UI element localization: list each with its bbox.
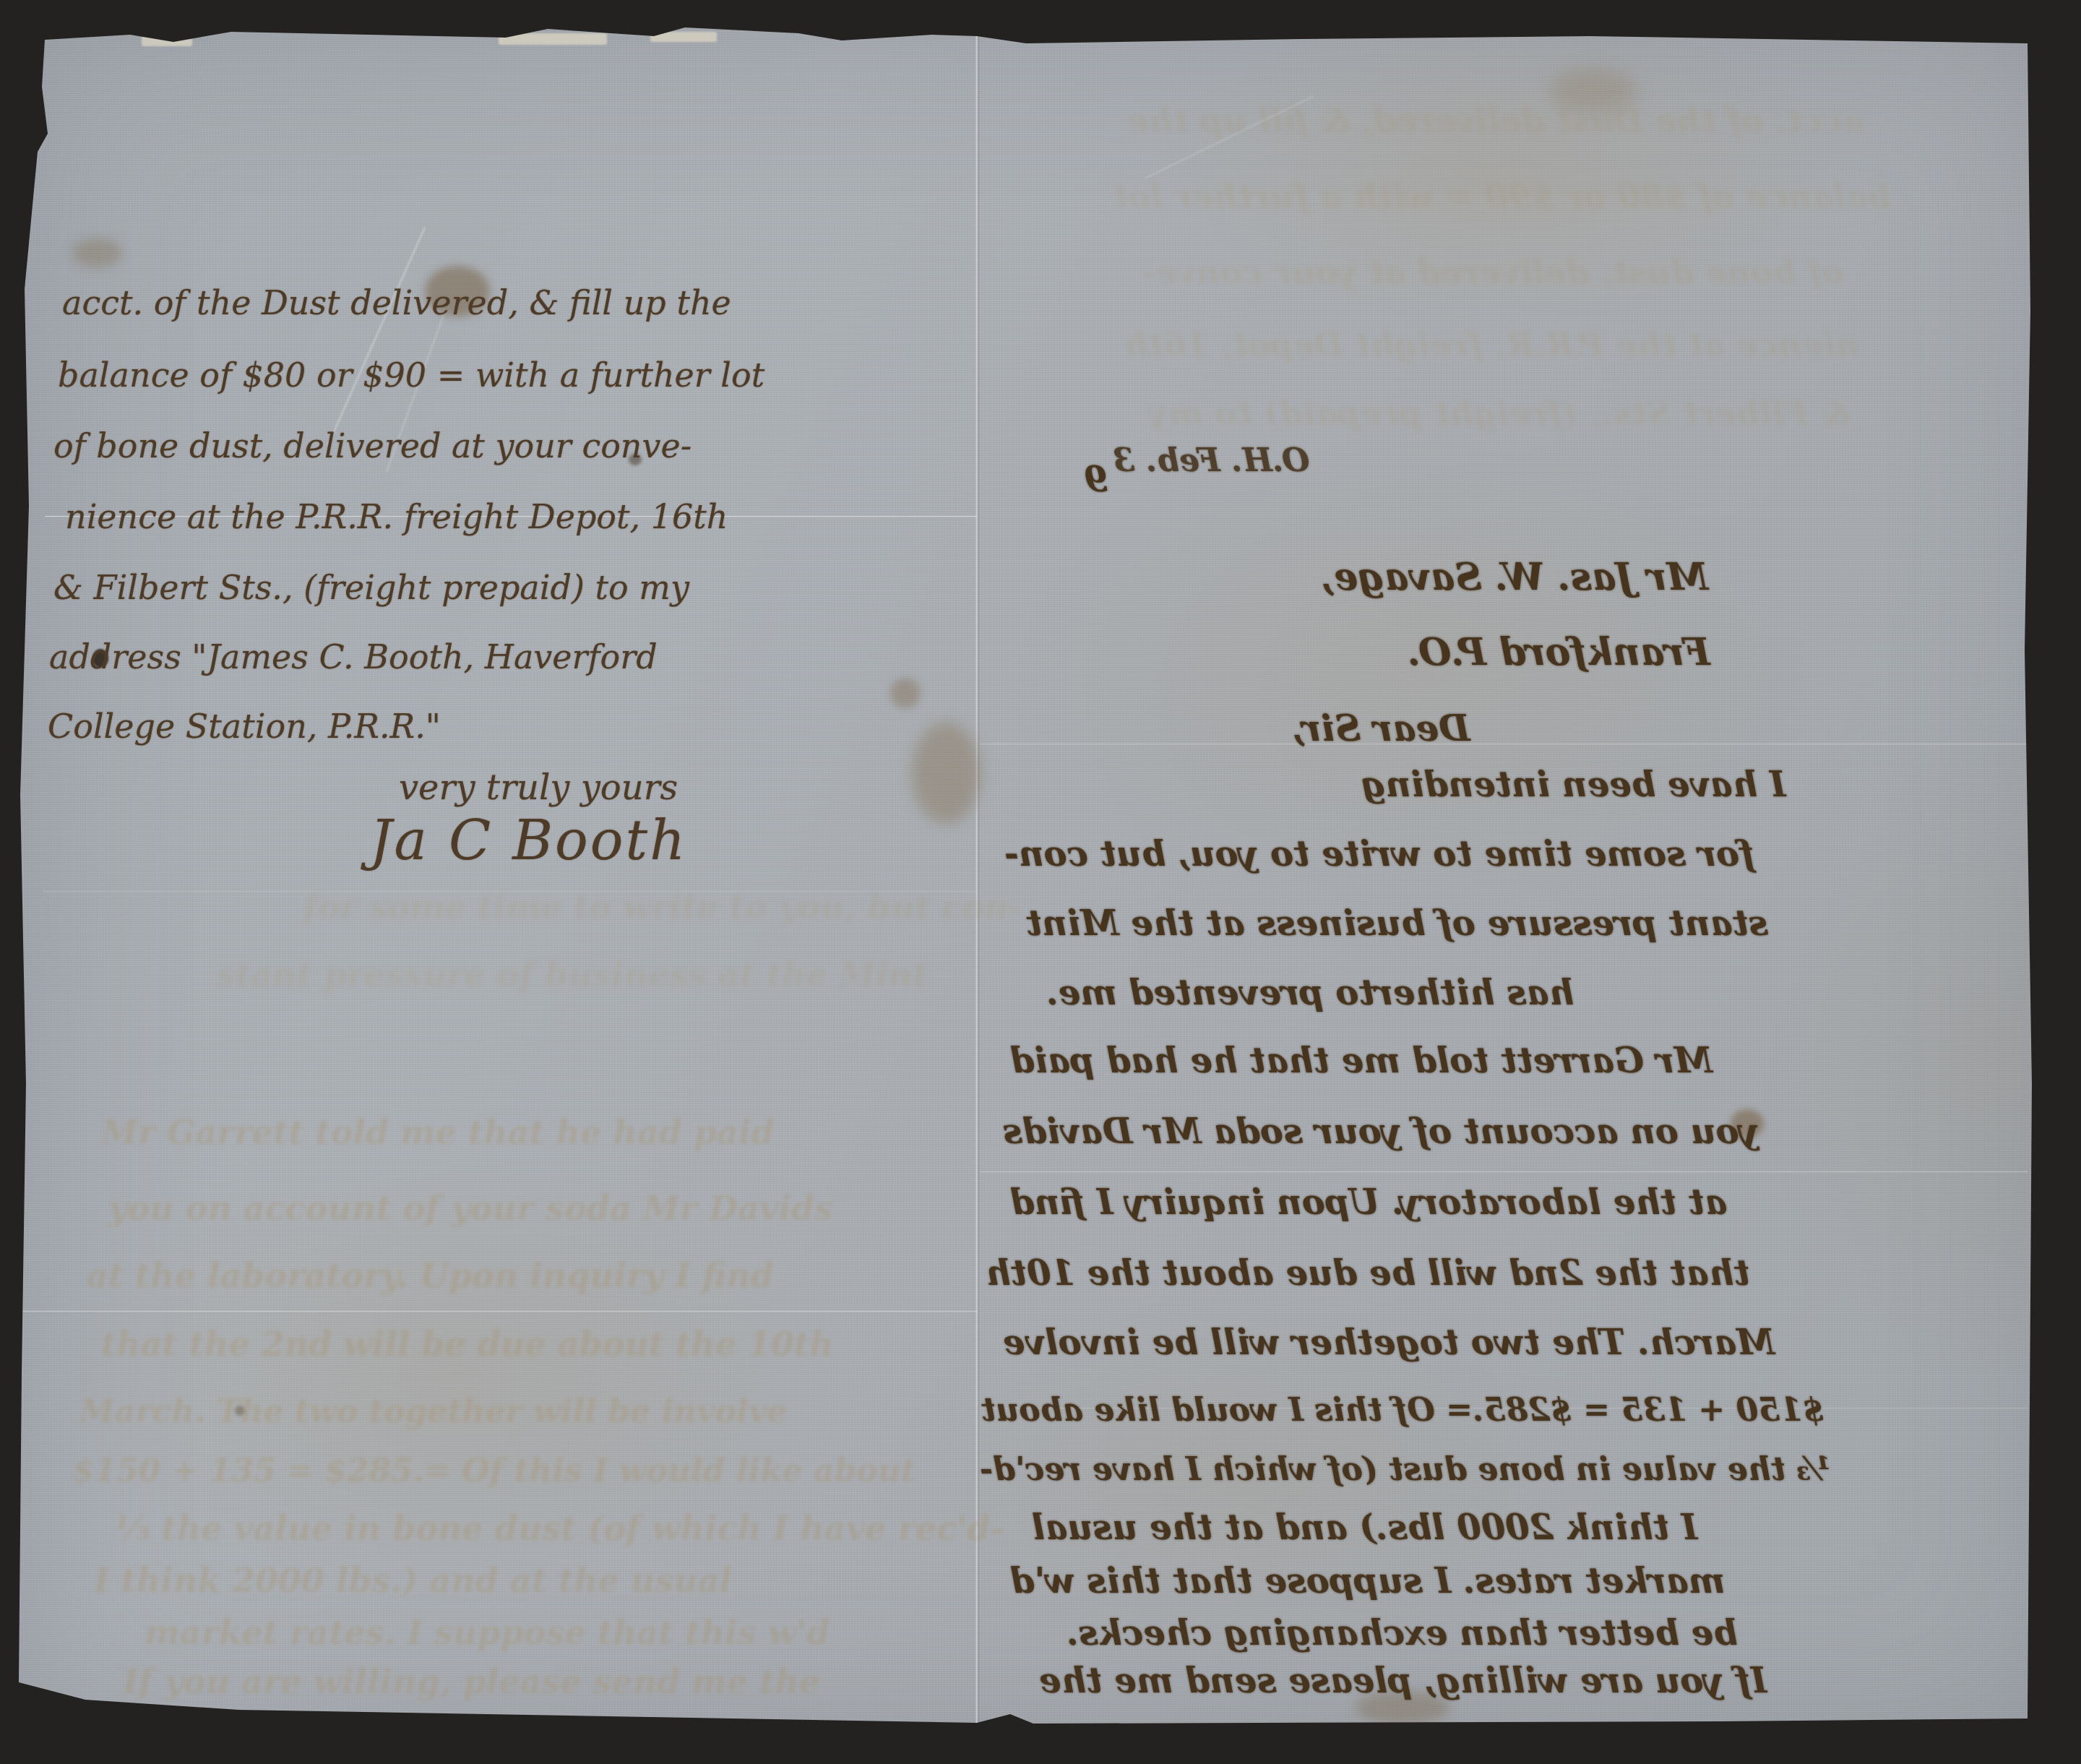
- ghost-line: that the 2nd will be due about the 10th: [101, 1325, 834, 1364]
- manuscript-line: of bone dust, delivered at your conve-: [53, 426, 691, 465]
- ghost-line: market rates. I suppose that this w'd: [145, 1613, 830, 1652]
- mirrored-body-line: $150 + 135 = $285.= Of this I would like…: [981, 1392, 1824, 1429]
- letter-scan: acct. of the Dust delivered, & fill up t…: [0, 0, 2081, 1764]
- ghost-line: $150 + 135 = $285.= Of this I would like…: [72, 1453, 915, 1489]
- mirrored-body-line: that the 2nd will be due about the 10th: [986, 1253, 1750, 1294]
- edge-stain: [2051, 1033, 2072, 1127]
- mirrored-salutation: Dear Sir,: [1292, 707, 1470, 749]
- mirrored-date-line: O.H. Feb. 3: [1113, 442, 1309, 479]
- torn-edge-sliver: [650, 32, 717, 42]
- closing-line: very truly yours: [399, 767, 678, 808]
- mirrored-body-line: you on account of your soda Mr Davids: [1003, 1111, 1759, 1152]
- fold-stain: [912, 723, 981, 824]
- ghost-line: for some time to write to you, but con-: [303, 887, 1022, 926]
- ghost-line: If you are willing, please send me the: [123, 1662, 820, 1701]
- stain: [72, 238, 123, 267]
- mirrored-body-line: I think 2000 lbs.) and at the usual: [1032, 1507, 1697, 1548]
- mirrored-body-line: March. The two together will be involve: [1003, 1322, 1775, 1363]
- mirrored-body-line: stant pressure of business at the Mint: [1026, 903, 1768, 944]
- letter-sheet: acct. of the Dust delivered, & fill up t…: [0, 0, 2081, 1764]
- mirrored-body-line: for some time to write to you, but con-: [1004, 834, 1754, 874]
- mirrored-address: Frankford P.O.: [1408, 630, 1710, 674]
- torn-edge-sliver: [142, 36, 192, 46]
- ghost-line: Mr Garrett told me that he had paid: [101, 1113, 775, 1152]
- mirrored-recipient: Mr Jas. W. Savage,: [1321, 555, 1708, 599]
- manuscript-line: & Filbert Sts., (freight prepaid) to my: [53, 568, 689, 607]
- ghost-line: you on account of your soda Mr Davids: [108, 1189, 833, 1228]
- ghost-line: I think 2000 lbs.) and at the usual: [94, 1561, 732, 1600]
- manuscript-line: nience at the P.R.R. freight Depot, 16th: [65, 497, 728, 536]
- crease-right-upper: [980, 743, 2028, 745]
- center-fold: [975, 30, 980, 1723]
- mirrored-body-line: I have been intending: [1361, 765, 1786, 805]
- mirrored-body-line: at the laboratory. Upon inquiry I find: [1010, 1182, 1727, 1223]
- mirrored-year-digit: 9: [1084, 460, 1108, 500]
- mirrored-body-line: If you are willing, please send me the: [1039, 1661, 1767, 1701]
- mirrored-body-line: market rates. I suppose that this w'd: [1010, 1561, 1725, 1601]
- mirrored-body-line: ⅓ the value in bone dust (of which I hav…: [980, 1451, 1830, 1488]
- crease-left-lower: [20, 1310, 977, 1312]
- ghost-line: March. The two together will be involve: [79, 1393, 787, 1430]
- manuscript-line: College Station, P.R.R.": [48, 707, 441, 746]
- stain: [890, 678, 921, 708]
- signature: Ja C Booth: [370, 808, 687, 872]
- ghost-line: balance of $80 or $90 = with a further l…: [1113, 177, 1891, 216]
- ghost-line: nience at the P.R.R. freight Depot, 16th: [1124, 325, 1860, 364]
- mirrored-body-line: has hitherto prevented me.: [1046, 973, 1574, 1013]
- ghost-line: ⅓ the value in bone dust (of which I hav…: [116, 1509, 1004, 1548]
- manuscript-line: acct. of the Dust delivered, & fill up t…: [62, 283, 731, 322]
- ghost-line: stant pressure of business at the Mint: [217, 955, 928, 994]
- ghost-line: & Filbert Sts., (freight prepaid) to my: [1149, 394, 1850, 433]
- manuscript-line: address "James C. Booth, Haverford: [49, 637, 658, 676]
- crease-right-mid: [980, 1171, 2028, 1173]
- mirrored-body-line: Mr Garrett told me that he had paid: [1010, 1041, 1712, 1081]
- torn-edge-sliver: [499, 33, 607, 45]
- ghost-line: acct. of the Dust delivered, & fill up t…: [1127, 101, 1864, 140]
- manuscript-line: balance of $80 or $90 = with a further l…: [58, 356, 764, 395]
- ghost-line: at the laboratory. Upon inquiry I find: [87, 1256, 774, 1295]
- mirrored-body-line: be better than exchanging checks.: [1067, 1613, 1738, 1653]
- ghost-line: of bone dust, delivered at your conve-: [1142, 253, 1844, 292]
